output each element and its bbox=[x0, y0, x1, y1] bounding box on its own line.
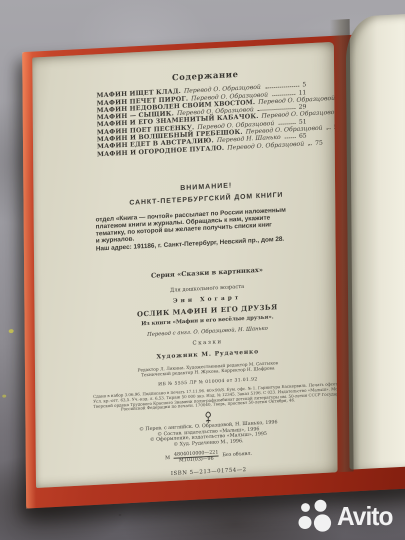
contents-list: МАФИН ИЩЕТ КЛАД. Перевод О. Образцовой 5… bbox=[96, 82, 306, 159]
dot-leader bbox=[308, 144, 312, 145]
dot-leader bbox=[265, 86, 300, 89]
dust-speck bbox=[9, 329, 14, 333]
avito-watermark: Avito bbox=[297, 499, 396, 533]
dot-leader bbox=[272, 94, 296, 96]
page-number: 75 bbox=[315, 139, 323, 147]
dot-leader bbox=[285, 137, 296, 139]
dot-leader bbox=[278, 123, 296, 125]
photo-scene: Содержание МАФИН ИЩЕТ КЛАД. Перевод О. О… bbox=[0, 0, 405, 540]
code-fraction: 4804010000—221 М101(03)—96 bbox=[174, 451, 219, 465]
dust-speck bbox=[2, 394, 6, 397]
book-right-page bbox=[346, 13, 405, 470]
code-note: Без объявл. bbox=[222, 451, 252, 460]
avito-wordmark: Avito bbox=[337, 501, 393, 532]
code-prefix: М bbox=[165, 455, 170, 463]
open-book: Содержание МАФИН ИЩЕТ КЛАД. Перевод О. О… bbox=[0, 21, 405, 515]
avito-logo-icon bbox=[297, 499, 333, 533]
book-colophon-page: Содержание МАФИН ИЩЕТ КЛАД. Перевод О. О… bbox=[32, 42, 337, 488]
dot-leader bbox=[327, 128, 331, 129]
page-content: Содержание МАФИН ИЩЕТ КЛАД. Перевод О. О… bbox=[32, 42, 337, 488]
dot-leader bbox=[258, 108, 296, 111]
